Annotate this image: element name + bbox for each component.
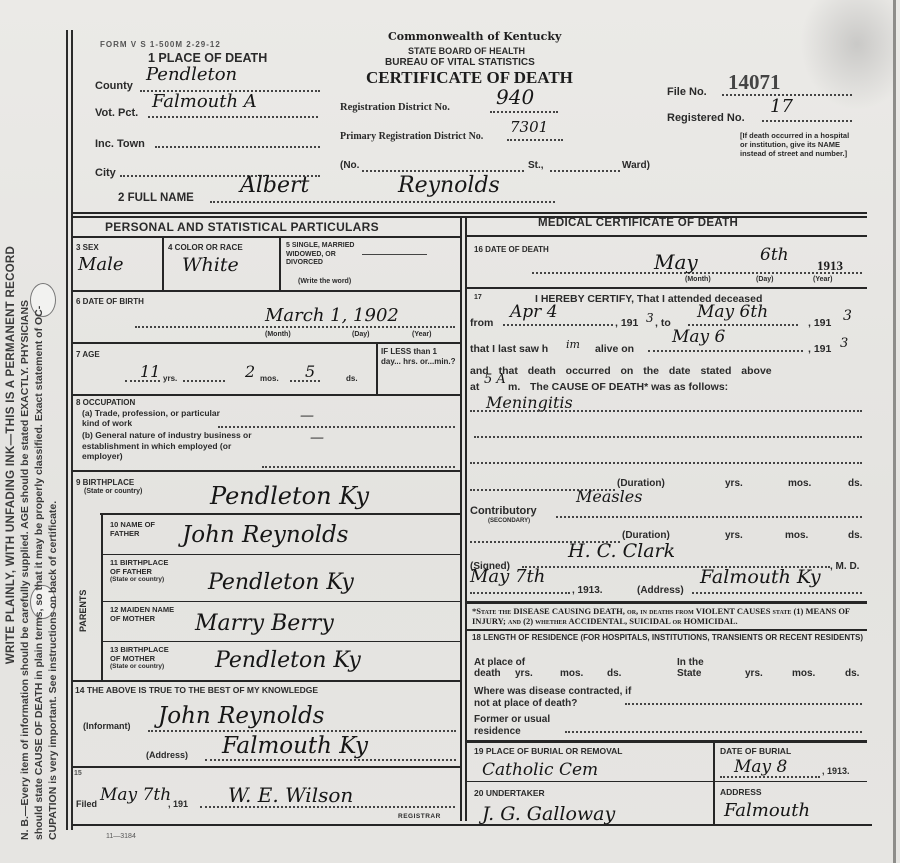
alive-on-label: alive on: [595, 343, 634, 355]
city-label: City: [95, 167, 116, 179]
undertaker-label: 20 UNDERTAKER: [474, 788, 545, 798]
occupation-b-value: —: [310, 430, 324, 446]
occurred-text: and that death occurred on the date stat…: [470, 365, 772, 377]
duration-ds-2: ds.: [848, 530, 862, 541]
less-than-label: IF LESS than 1 day... hrs. or...min.?: [381, 347, 459, 367]
age-yrs-label: yrs.: [163, 374, 177, 383]
burial-year: , 1913.: [822, 766, 850, 776]
dod-day-hint: (Day): [756, 276, 774, 283]
mother-name-label: 12 MAIDEN NAME OF MOTHER: [110, 605, 185, 623]
marital-hint: (Write the word): [298, 278, 351, 285]
informant-label: (Informant): [83, 721, 131, 731]
file-no-label: File No.: [667, 86, 707, 98]
dod-year: 1913: [817, 258, 843, 274]
header-divider-1: [72, 212, 867, 214]
dob-day-hint: (Day): [352, 331, 370, 338]
alive-year-prefix: , 191: [808, 343, 831, 355]
at-place-mos: mos.: [560, 668, 583, 679]
paper-edge: [893, 0, 896, 863]
dod-month: May: [654, 250, 698, 274]
margin-line-2: N. B.—Every item of information should b…: [18, 60, 32, 860]
dob-month-hint: (Month): [265, 331, 291, 338]
occupation-a-value: —: [300, 408, 314, 424]
parents-divider: [101, 513, 103, 681]
ward-line: [550, 160, 620, 172]
inc-town-line: [155, 136, 320, 148]
sex-label: 3 SEX: [76, 243, 99, 252]
at-place-ds: ds.: [607, 668, 621, 679]
father-name-label: 10 NAME OF FATHER: [110, 520, 170, 538]
occupation-b-line: [262, 460, 455, 468]
dob-year-hint: (Year): [412, 331, 431, 338]
dod-label: 16 DATE OF DEATH: [474, 245, 549, 254]
parents-label: PARENTS: [78, 590, 88, 632]
contributory-label: Contributory: [470, 505, 537, 517]
frame-left-outer: [66, 30, 68, 830]
race-value: White: [182, 254, 239, 276]
bottom-border: [72, 824, 872, 826]
duration-yrs-2: yrs.: [725, 530, 743, 541]
occupation-a-line: [218, 418, 455, 428]
mother-birthplace-label: 13 BIRTHPLACE OF MOTHER: [110, 645, 172, 663]
row-divider-mother: [103, 641, 460, 642]
race-marital-divider: [279, 238, 281, 290]
frame-left-inner: [71, 30, 73, 830]
from-label: from: [470, 317, 493, 329]
last-saw-pronoun: im: [566, 338, 580, 351]
death-certificate-scan: WRITE PLAINLY, WITH UNFADING INK—THIS IS…: [0, 0, 900, 863]
md-label: , M. D.: [830, 561, 859, 572]
to-year-prefix: , 191: [808, 317, 831, 329]
dob-label: 6 DATE OF BIRTH: [76, 297, 144, 306]
signed-date-line: [470, 586, 570, 594]
street-label: St.,: [528, 160, 544, 171]
race-label: 4 COLOR OR RACE: [168, 243, 243, 252]
alive-on-value: May 6: [672, 327, 725, 347]
age-mos-line: [183, 370, 225, 382]
row-divider-occupation: [72, 470, 460, 472]
informant-header: 14 THE ABOVE IS TRUE TO THE BEST OF MY K…: [75, 685, 318, 695]
filed-year: , 191: [168, 799, 188, 809]
medical-title-divider: [467, 235, 867, 237]
full-name-label: 2 FULL NAME: [118, 192, 194, 204]
signed-value: H. C. Clark: [568, 540, 675, 562]
alive-year: 3: [840, 336, 848, 351]
form-code: FORM V S 1-500M 2-29-12: [100, 40, 221, 49]
full-name-first: Albert: [240, 173, 309, 198]
row-divider-marital: [72, 290, 460, 292]
filed-number: 15: [74, 770, 82, 777]
vot-pct-value: Falmouth A: [152, 91, 257, 112]
birthplace-hint: (State or country): [84, 488, 142, 495]
contributory-value: Measles: [576, 487, 642, 506]
undertaker-address-label: ADDRESS: [720, 787, 762, 797]
residence-label: 18 LENGTH OF RESIDENCE (FOR HOSPITALS, I…: [472, 633, 864, 643]
sex-value: Male: [78, 254, 124, 275]
occupation-label: 8 OCCUPATION: [76, 398, 135, 407]
reg-district-label: Registration District No.: [340, 102, 450, 113]
certify-number: 17: [474, 294, 482, 301]
contracted-label: Where was disease contracted, if not at …: [474, 686, 634, 710]
father-name-value: John Reynolds: [182, 522, 348, 548]
marital-label: 5 SINGLE, MARRIED WIDOWED, OR DIVORCED: [286, 242, 356, 268]
age-ds-label: ds.: [346, 374, 358, 383]
cause-text: The CAUSE OF DEATH* was as follows:: [530, 381, 728, 393]
age-mos-label: mos.: [260, 374, 279, 383]
reg-district-value: 940: [496, 85, 534, 109]
duration-yrs-1: yrs.: [725, 478, 743, 489]
signed-date: May 7th: [470, 566, 545, 587]
street-no-line: [362, 160, 524, 172]
to-label: , to: [655, 317, 671, 329]
in-state-mos: mos.: [792, 668, 815, 679]
dob-value: March 1, 1902: [265, 305, 399, 326]
margin-instructions: WRITE PLAINLY, WITH UNFADING INK—THIS IS…: [4, 60, 68, 860]
informant-value: John Reynolds: [158, 703, 324, 729]
filed-value: May 7th: [100, 785, 171, 805]
registered-no-label: Registered No.: [667, 112, 745, 124]
signed-year: , 1913.: [572, 585, 603, 596]
row-divider-residence: [467, 740, 867, 743]
m-label: m.: [508, 381, 520, 393]
dod-month-hint: (Month): [685, 276, 711, 283]
row-divider-age: [72, 394, 460, 396]
occupation-a-label: (a) Trade, profession, or particular kin…: [82, 408, 232, 428]
row-divider-footnote: [467, 629, 867, 631]
age-less-divider: [376, 344, 378, 394]
contributory-line: [556, 508, 862, 518]
former-residence-line: [565, 725, 862, 733]
county-label: County: [95, 80, 133, 92]
informant-address-value: Falmouth Ky: [222, 733, 368, 759]
age-ds-value: 5: [305, 362, 315, 381]
age-label: 7 AGE: [76, 350, 100, 359]
margin-line-4: CUPATION is very important. See instruct…: [46, 60, 60, 860]
authority-label: Commonwealth of Kentucky: [388, 30, 561, 43]
last-saw-label: that I last saw h: [470, 343, 548, 355]
from-year: 3: [646, 311, 654, 325]
father-birthplace-hint: (State or country): [110, 576, 164, 583]
burial-date-label: DATE OF BURIAL: [720, 746, 791, 756]
footer-code: 11—3184: [106, 833, 136, 840]
to-value: May 6th: [697, 302, 768, 322]
duration-mos-1: mos.: [788, 478, 811, 489]
father-birthplace-label: 11 BIRTHPLACE OF FATHER: [110, 558, 172, 576]
age-yrs-value: 11: [140, 362, 160, 381]
mother-birthplace-value: Pendleton Ky: [215, 648, 361, 673]
filed-label: Filed: [76, 799, 97, 809]
burial-date-value: May 8: [734, 757, 787, 777]
row-divider-parents: [72, 680, 460, 682]
row-divider-informant: [72, 766, 460, 768]
row-divider-father-birthplace: [103, 601, 460, 602]
registrar-label: REGISTRAR: [398, 813, 441, 820]
primary-reg-value: 7301: [510, 118, 548, 136]
street-no-label: (No.: [340, 160, 359, 171]
burial-label: 19 PLACE OF BURIAL OR REMOVAL: [474, 746, 622, 756]
certificate-title: CERTIFICATE OF DEATH: [366, 68, 573, 88]
at-label: at: [470, 381, 479, 393]
row-divider-burial: [467, 781, 867, 782]
sex-race-divider: [162, 238, 164, 290]
cause-line-3: [470, 456, 862, 464]
bureau-label: BUREAU OF VITAL STATISTICS: [385, 57, 535, 68]
occupation-b-label: (b) General nature of industry business …: [82, 430, 262, 462]
column-divider-right: [465, 216, 467, 821]
former-residence-label: Former or usual residence: [474, 714, 554, 738]
dod-year-hint: (Year): [813, 276, 832, 283]
address-label: (Address): [637, 585, 684, 596]
registered-no-value: 17: [770, 96, 793, 117]
informant-address-label: (Address): [146, 750, 188, 760]
inc-town-label: Inc. Town: [95, 138, 145, 150]
header-divider-2: [72, 216, 867, 218]
at-value: 5 A: [484, 372, 506, 387]
cause-footnote: *State the DISEASE CAUSING DEATH, or, in…: [472, 606, 864, 626]
board-label: STATE BOARD OF HEALTH: [408, 46, 525, 56]
burial-value: Catholic Cem: [482, 760, 598, 780]
primary-reg-label: Primary Registration District No.: [340, 131, 483, 142]
vot-pct-label: Vot. Pct.: [95, 107, 138, 119]
cause-line-2: [474, 430, 862, 438]
row-divider-father: [103, 554, 460, 555]
cause-line-1: [470, 404, 862, 412]
from-value: Apr 4: [510, 302, 558, 322]
margin-line-3: should state CAUSE OF DEATH in plain ter…: [32, 60, 46, 860]
age-mos-value: 2: [245, 362, 255, 381]
row-divider-dod: [467, 287, 867, 289]
marital-value-dash: [362, 254, 427, 255]
at-place-yrs: yrs.: [515, 668, 533, 679]
file-no-value: 14071: [728, 70, 781, 95]
mother-name-value: Marry Berry: [195, 611, 334, 636]
personal-title-divider: [72, 236, 460, 238]
personal-section-title: PERSONAL AND STATISTICAL PARTICULARS: [105, 220, 379, 234]
row-divider-signature: [467, 601, 867, 604]
column-divider-left: [460, 216, 462, 821]
ward-label: Ward): [622, 160, 650, 171]
in-state-yrs: yrs.: [745, 668, 763, 679]
secondary-hint: (SECONDARY): [488, 518, 530, 524]
mother-birthplace-hint: (State or country): [110, 663, 164, 670]
burial-date-divider: [713, 743, 715, 824]
in-state-label: In the State: [677, 657, 717, 679]
birthplace-value: Pendleton Ky: [210, 482, 369, 510]
duration-mos-2: mos.: [785, 530, 808, 541]
registrar-value: W. E. Wilson: [228, 783, 353, 807]
from-year-prefix: , 191: [615, 317, 638, 329]
father-birthplace-value: Pendleton Ky: [208, 570, 354, 595]
undertaker-value: J. G. Galloway: [482, 803, 615, 825]
undertaker-address-value: Falmouth: [724, 800, 810, 821]
medical-section-title: MEDICAL CERTIFICATE OF DEATH: [538, 217, 738, 229]
in-state-ds: ds.: [845, 668, 859, 679]
dod-day: 6th: [760, 245, 789, 265]
margin-line-1: WRITE PLAINLY, WITH UNFADING INK—THIS IS…: [4, 60, 18, 860]
row-divider-birthplace: [100, 513, 460, 515]
row-divider-dob: [72, 342, 460, 344]
at-place-label: At place of death: [474, 657, 544, 679]
full-name-last: Reynolds: [398, 173, 500, 198]
birthplace-label: 9 BIRTHPLACE: [76, 478, 134, 487]
hospital-note: [If death occurred in a hospital or inst…: [740, 131, 858, 158]
county-value: Pendleton: [146, 64, 237, 85]
to-year: 3: [843, 308, 852, 324]
duration-ds-1: ds.: [848, 478, 862, 489]
contracted-line: [625, 697, 862, 705]
place-of-death-label: 1 PLACE OF DEATH: [148, 51, 267, 65]
address-value: Falmouth Ky: [700, 566, 821, 588]
